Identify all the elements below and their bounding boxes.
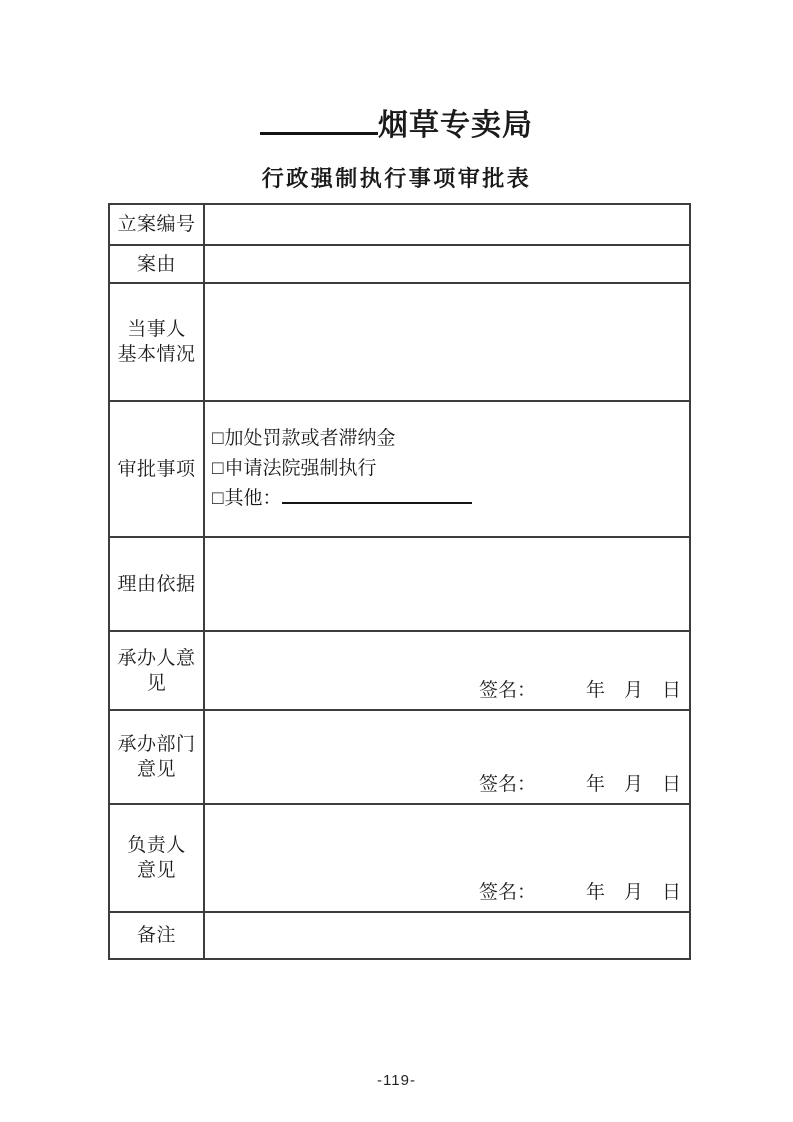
reason-basis-fill-area[interactable] bbox=[204, 537, 690, 631]
party-info-fill-area[interactable] bbox=[204, 283, 690, 401]
handler-opinion-fill-area[interactable]: 签名：年 月 日 bbox=[204, 631, 690, 710]
checkbox-icon[interactable]: □ bbox=[212, 458, 223, 479]
checkbox-icon[interactable]: □ bbox=[212, 428, 223, 449]
table-row-cause: 案由 bbox=[109, 245, 690, 283]
checkbox-label-other: 其他： bbox=[224, 488, 281, 509]
document-page: 烟草专卖局 行政强制执行事项审批表 立案编号 案由 当事人 基本情况 审批事项 … bbox=[0, 0, 793, 1089]
row-label-cause: 案由 bbox=[109, 245, 204, 283]
org-name-suffix: 烟草专卖局 bbox=[378, 109, 533, 142]
remarks-fill-area[interactable] bbox=[204, 912, 690, 959]
date-placeholder: 年 月 日 bbox=[586, 774, 681, 795]
page-number: -119- bbox=[0, 1072, 793, 1089]
sign-label: 签名： bbox=[479, 882, 536, 903]
table-row-leader-opinion: 负责人 意见 签名：年 月 日 bbox=[109, 804, 690, 912]
checkbox-option-other[interactable]: □其他： bbox=[212, 484, 689, 514]
row-label-case-number: 立案编号 bbox=[109, 204, 204, 245]
row-label-reason-basis: 理由依据 bbox=[109, 537, 204, 631]
sign-label: 签名： bbox=[479, 774, 536, 795]
other-fill-in-line[interactable] bbox=[282, 502, 472, 504]
row-label-handler-opinion: 承办人意 见 bbox=[109, 631, 204, 710]
row-label-leader-opinion: 负责人 意见 bbox=[109, 804, 204, 912]
date-placeholder: 年 月 日 bbox=[586, 680, 681, 701]
table-row-remarks: 备注 bbox=[109, 912, 690, 959]
checkbox-label-court-enforcement: 申请法院强制执行 bbox=[224, 458, 376, 479]
department-opinion-fill-area[interactable]: 签名：年 月 日 bbox=[204, 710, 690, 804]
document-title: 烟草专卖局 bbox=[0, 0, 793, 148]
table-row-approval-items: 审批事项 □加处罚款或者滞纳金 □申请法院强制执行 □其他： bbox=[109, 401, 690, 537]
signature-line: 签名：年 月 日 bbox=[205, 880, 681, 906]
cause-fill-area[interactable] bbox=[204, 245, 690, 283]
approval-form-table: 立案编号 案由 当事人 基本情况 审批事项 □加处罚款或者滞纳金 □申请法院强制… bbox=[108, 203, 691, 960]
checkbox-icon[interactable]: □ bbox=[212, 488, 223, 509]
leader-opinion-fill-area[interactable]: 签名：年 月 日 bbox=[204, 804, 690, 912]
row-label-approval-items: 审批事项 bbox=[109, 401, 204, 537]
table-row-party-info: 当事人 基本情况 bbox=[109, 283, 690, 401]
date-placeholder: 年 月 日 bbox=[586, 882, 681, 903]
table-row-reason-basis: 理由依据 bbox=[109, 537, 690, 631]
form-title: 行政强制执行事项审批表 bbox=[0, 164, 793, 194]
table-row-case-number: 立案编号 bbox=[109, 204, 690, 245]
signature-line: 签名：年 月 日 bbox=[205, 772, 681, 798]
sign-label: 签名： bbox=[479, 680, 536, 701]
row-label-remarks: 备注 bbox=[109, 912, 204, 959]
checkbox-option-fine-surcharge[interactable]: □加处罚款或者滞纳金 bbox=[212, 424, 689, 454]
checkbox-option-court-enforcement[interactable]: □申请法院强制执行 bbox=[212, 454, 689, 484]
row-label-department-opinion: 承办部门 意见 bbox=[109, 710, 204, 804]
table-row-department-opinion: 承办部门 意见 签名：年 月 日 bbox=[109, 710, 690, 804]
org-name-blank-line bbox=[260, 132, 378, 135]
case-number-fill-area[interactable] bbox=[204, 204, 690, 245]
checkbox-label-fine-surcharge: 加处罚款或者滞纳金 bbox=[224, 428, 395, 449]
table-row-handler-opinion: 承办人意 见 签名：年 月 日 bbox=[109, 631, 690, 710]
signature-line: 签名：年 月 日 bbox=[205, 678, 681, 704]
row-label-party-info: 当事人 基本情况 bbox=[109, 283, 204, 401]
approval-items-cell: □加处罚款或者滞纳金 □申请法院强制执行 □其他： bbox=[204, 401, 690, 537]
